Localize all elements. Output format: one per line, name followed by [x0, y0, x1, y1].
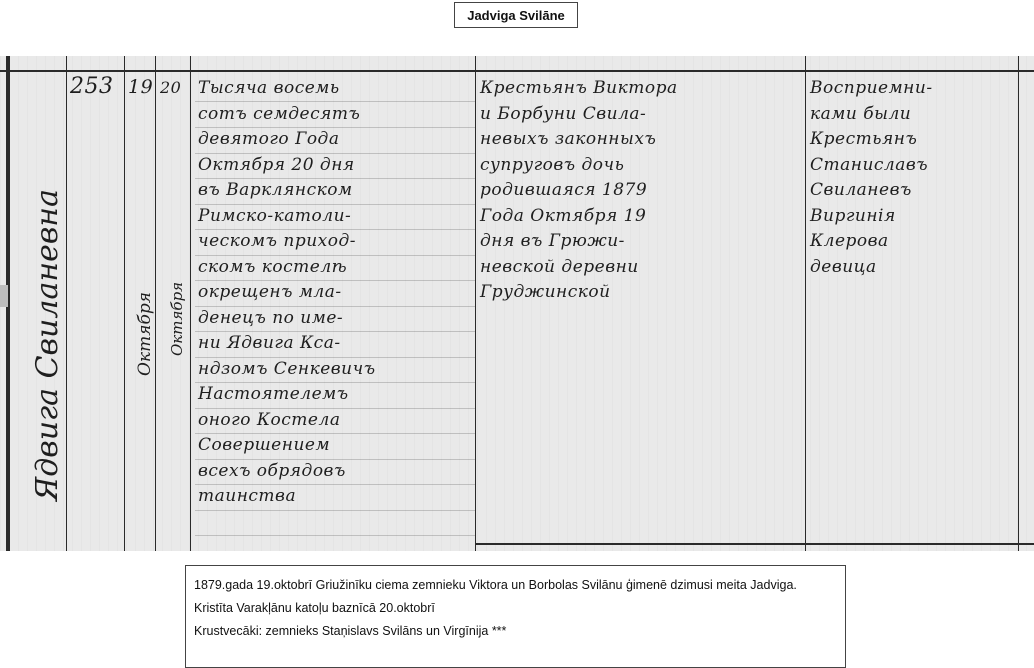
scanned-register-page: 253 19 20 Ядвига Свиланевна Октября Октя…	[0, 56, 1034, 551]
note-line-birth: 1879.gada 19.oktobrī Griužinīku ciema ze…	[194, 578, 845, 593]
baptism-record-text: Тысяча восемьсотъ семдесятъдевятого Года…	[198, 76, 376, 510]
baptism-month-vertical: Октября	[168, 282, 186, 356]
document-title: Jadviga Svilāne	[454, 2, 578, 28]
birth-day: 19	[128, 76, 153, 98]
baptism-day: 20	[160, 78, 181, 97]
side-handle	[0, 285, 8, 307]
parents-text: Крестьянъ Виктораи Борбуни Свила-невыхъ …	[480, 76, 678, 306]
birth-month-vertical: Октября	[135, 292, 155, 376]
record-number: 253	[70, 74, 114, 99]
child-name-vertical: Ядвига Свиланевна	[30, 189, 65, 501]
note-line-godparents: Krustvecāki: zemnieks Staņislavs Svilāns…	[194, 624, 845, 639]
translation-note: 1879.gada 19.oktobrī Griužinīku ciema ze…	[185, 565, 846, 668]
note-line-baptism: Kristīta Varakļānu katoļu baznīcā 20.okt…	[194, 601, 845, 616]
godparents-text: Восприемни-ками былиКрестьянъ Станиславъ…	[810, 76, 933, 280]
bottom-rule	[475, 543, 1034, 545]
